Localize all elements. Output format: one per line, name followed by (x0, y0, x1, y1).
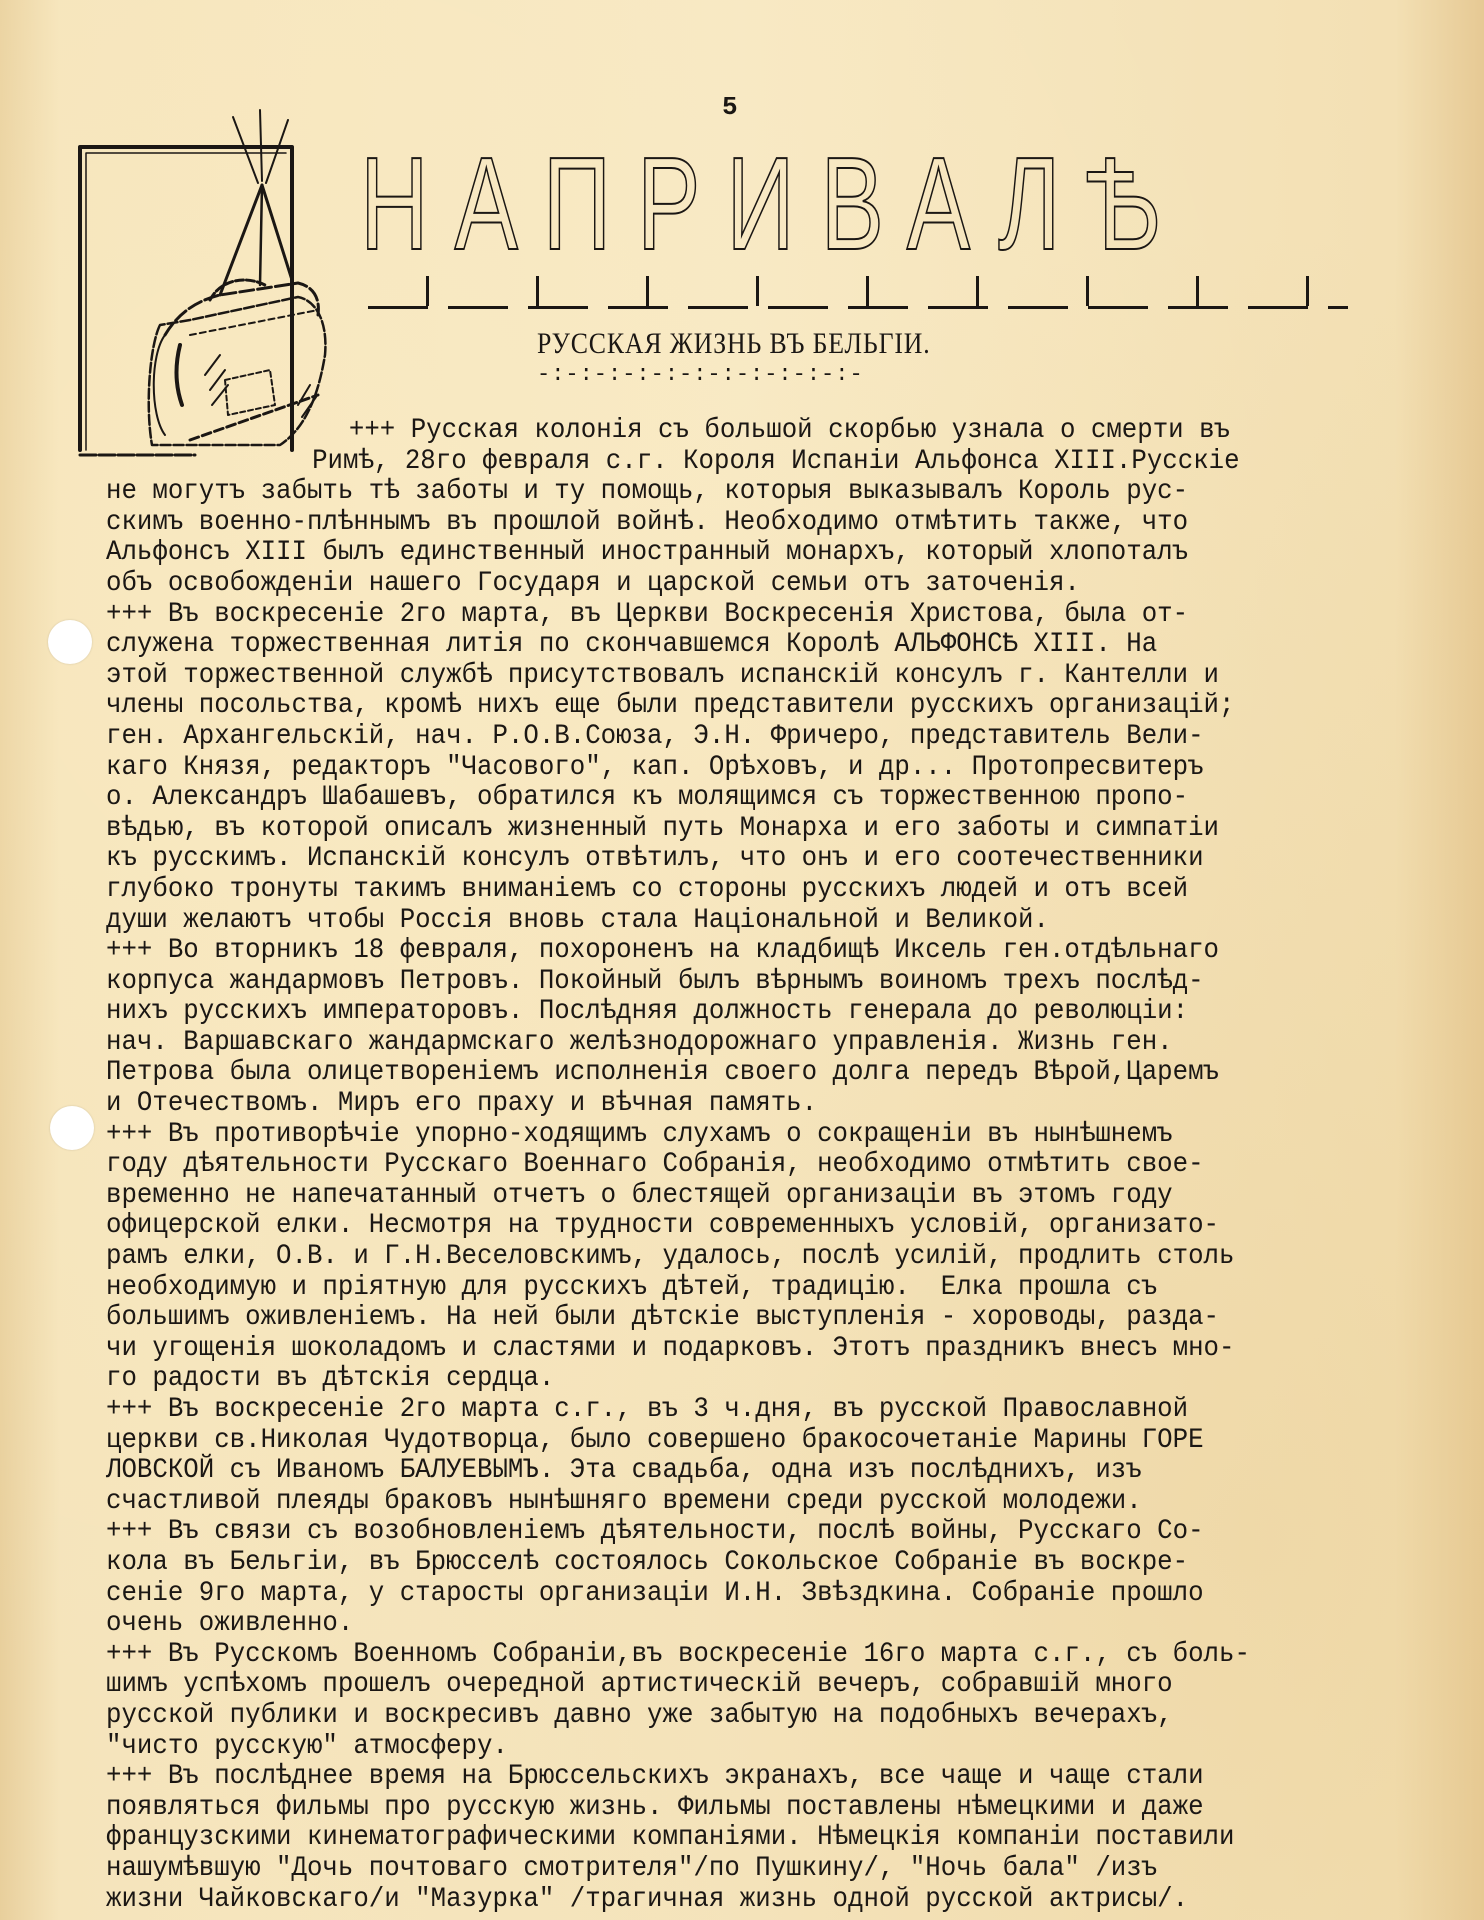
text-line: къ русскимъ. Испанскiй консулъ отвѣтилъ,… (106, 844, 1366, 875)
news-item-start-line: +++ Въ воскресенiе 2го марта, въ Церкви … (106, 600, 1366, 631)
news-item-start-line: +++ Въ связи съ возобновленiемъ дѣятельн… (106, 1517, 1366, 1548)
punch-hole (48, 620, 92, 664)
punch-hole (50, 1106, 94, 1150)
text-line: не могутъ забыть тѣ заботы и ту помощь, … (106, 477, 1366, 508)
text-line: скимъ военно-плѣннымъ въ прошлой войнѣ. … (106, 508, 1366, 539)
masthead: НАПРИВАЛѢ (360, 138, 1360, 318)
text-line: рамъ елки, О.В. и Г.Н.Веселовскимъ, удал… (106, 1242, 1366, 1273)
text-line: глубоко тронуты такимъ вниманiемъ со сто… (106, 875, 1366, 906)
text-line: году дѣятельности Русскаго Военнаго Собр… (106, 1150, 1366, 1181)
text-line: кола въ Бельгiи, въ Брюсселѣ состоялось … (106, 1548, 1366, 1579)
text-line: "чисто русскую" атмосферу. (106, 1732, 1366, 1763)
masthead-underline (368, 306, 1348, 309)
text-line: ЛОВСКОЙ съ Иваномъ БАЛУЕВЫМЪ. Эта свадьб… (106, 1456, 1366, 1487)
text-line: чи угощенiя шоколадомъ и сластями и пода… (106, 1334, 1366, 1365)
page-number: 5 (722, 92, 738, 122)
article-body: +++ Русская колонiя съ большой скорбью у… (106, 416, 1366, 1915)
text-line: жизни Чайковскаго/и "Мазурка" /трагичная… (106, 1885, 1366, 1916)
text-line: необходимую и прiятную для русскихъ дѣте… (106, 1273, 1366, 1304)
text-line: офицерской елки. Несмотря на трудности с… (106, 1211, 1366, 1242)
news-item-start-line: +++ Въ Русскомъ Военномъ Собранiи,въ вос… (106, 1640, 1366, 1671)
text-line: объ освобожденiи нашего Государя и царск… (106, 569, 1366, 600)
text-line: Петрова была олицетворенiемъ исполненiя … (106, 1058, 1366, 1089)
hanging-knapsack-illustration (70, 105, 340, 465)
text-line: вѣдью, въ которой описалъ жизненный путь… (106, 814, 1366, 845)
masthead-title: НАПРИВАЛѢ (360, 138, 1186, 270)
text-line: этой торжественной службѣ присутствовалъ… (106, 661, 1366, 692)
text-line: временно не напечатанный отчетъ о блестя… (106, 1181, 1366, 1212)
news-item-start-line: +++ Русская колонiя съ большой скорбью у… (106, 416, 1366, 447)
text-line: Римѣ, 28го февраля с.г. Короля Испанiи А… (106, 447, 1366, 478)
text-line: очень оживленно. (106, 1609, 1366, 1640)
text-line: Альфонсъ XIII былъ единственный иностран… (106, 538, 1366, 569)
text-line: корпуса жандармовъ Петровъ. Покойный был… (106, 967, 1366, 998)
text-line: члены посольства, кромѣ нихъ еще были пр… (106, 691, 1366, 722)
text-line: появляться фильмы про русскую жизнь. Фил… (106, 1793, 1366, 1824)
text-line: счастливой плеяды браковъ нынѣшняго врем… (106, 1487, 1366, 1518)
masthead-shadow-rule (368, 276, 1348, 306)
text-line: нихъ русскихъ императоровъ. Послѣдняя до… (106, 997, 1366, 1028)
section-divider: -:-:-:-:-:-:-:-:-:-:-:- (537, 362, 864, 387)
section-title: РУССКАЯ ЖИЗНЬ ВЪ БЕЛЬГIИ. (537, 327, 931, 361)
text-line: нач. Варшавскаго жандармскаго желѣзнодор… (106, 1028, 1366, 1059)
news-item-start-line: +++ Въ послѣднее время на Брюссельскихъ … (106, 1762, 1366, 1793)
news-item-start-line: +++ Во вторникъ 18 февраля, похороненъ н… (106, 936, 1366, 967)
text-line: русской публики и воскресивъ давно уже з… (106, 1701, 1366, 1732)
text-line: французскими кинематографическими компан… (106, 1823, 1366, 1854)
text-line: церкви св.Николая Чудотворца, было совер… (106, 1426, 1366, 1457)
text-line: нашумѣвшую "Дочь почтоваго смотрителя"/п… (106, 1854, 1366, 1885)
text-line: ген. Архангельскiй, нач. Р.О.В.Союза, Э.… (106, 722, 1366, 753)
text-line: большимъ оживленiемъ. На ней были дѣтскi… (106, 1303, 1366, 1334)
text-line: сенiе 9го марта, у старосты организацiи … (106, 1579, 1366, 1610)
text-line: и Отечествомъ. Миръ его праху и вѣчная п… (106, 1089, 1366, 1120)
news-item-start-line: +++ Въ воскресенiе 2го марта с.г., въ 3 … (106, 1395, 1366, 1426)
text-line: го радости въ дѣтскiя сердца. (106, 1364, 1366, 1395)
text-line: шимъ успѣхомъ прошелъ очередной артистич… (106, 1670, 1366, 1701)
text-line: о. Александръ Шабашевъ, обратился къ мол… (106, 783, 1366, 814)
text-line: души желаютъ чтобы Россiя вновь стала На… (106, 906, 1366, 937)
text-line: служена торжественная литiя по скончавше… (106, 630, 1366, 661)
news-item-start-line: +++ Въ противорѣчiе упорно-ходящимъ слух… (106, 1120, 1366, 1151)
text-line: каго Князя, редакторъ "Часового", кап. О… (106, 753, 1366, 784)
